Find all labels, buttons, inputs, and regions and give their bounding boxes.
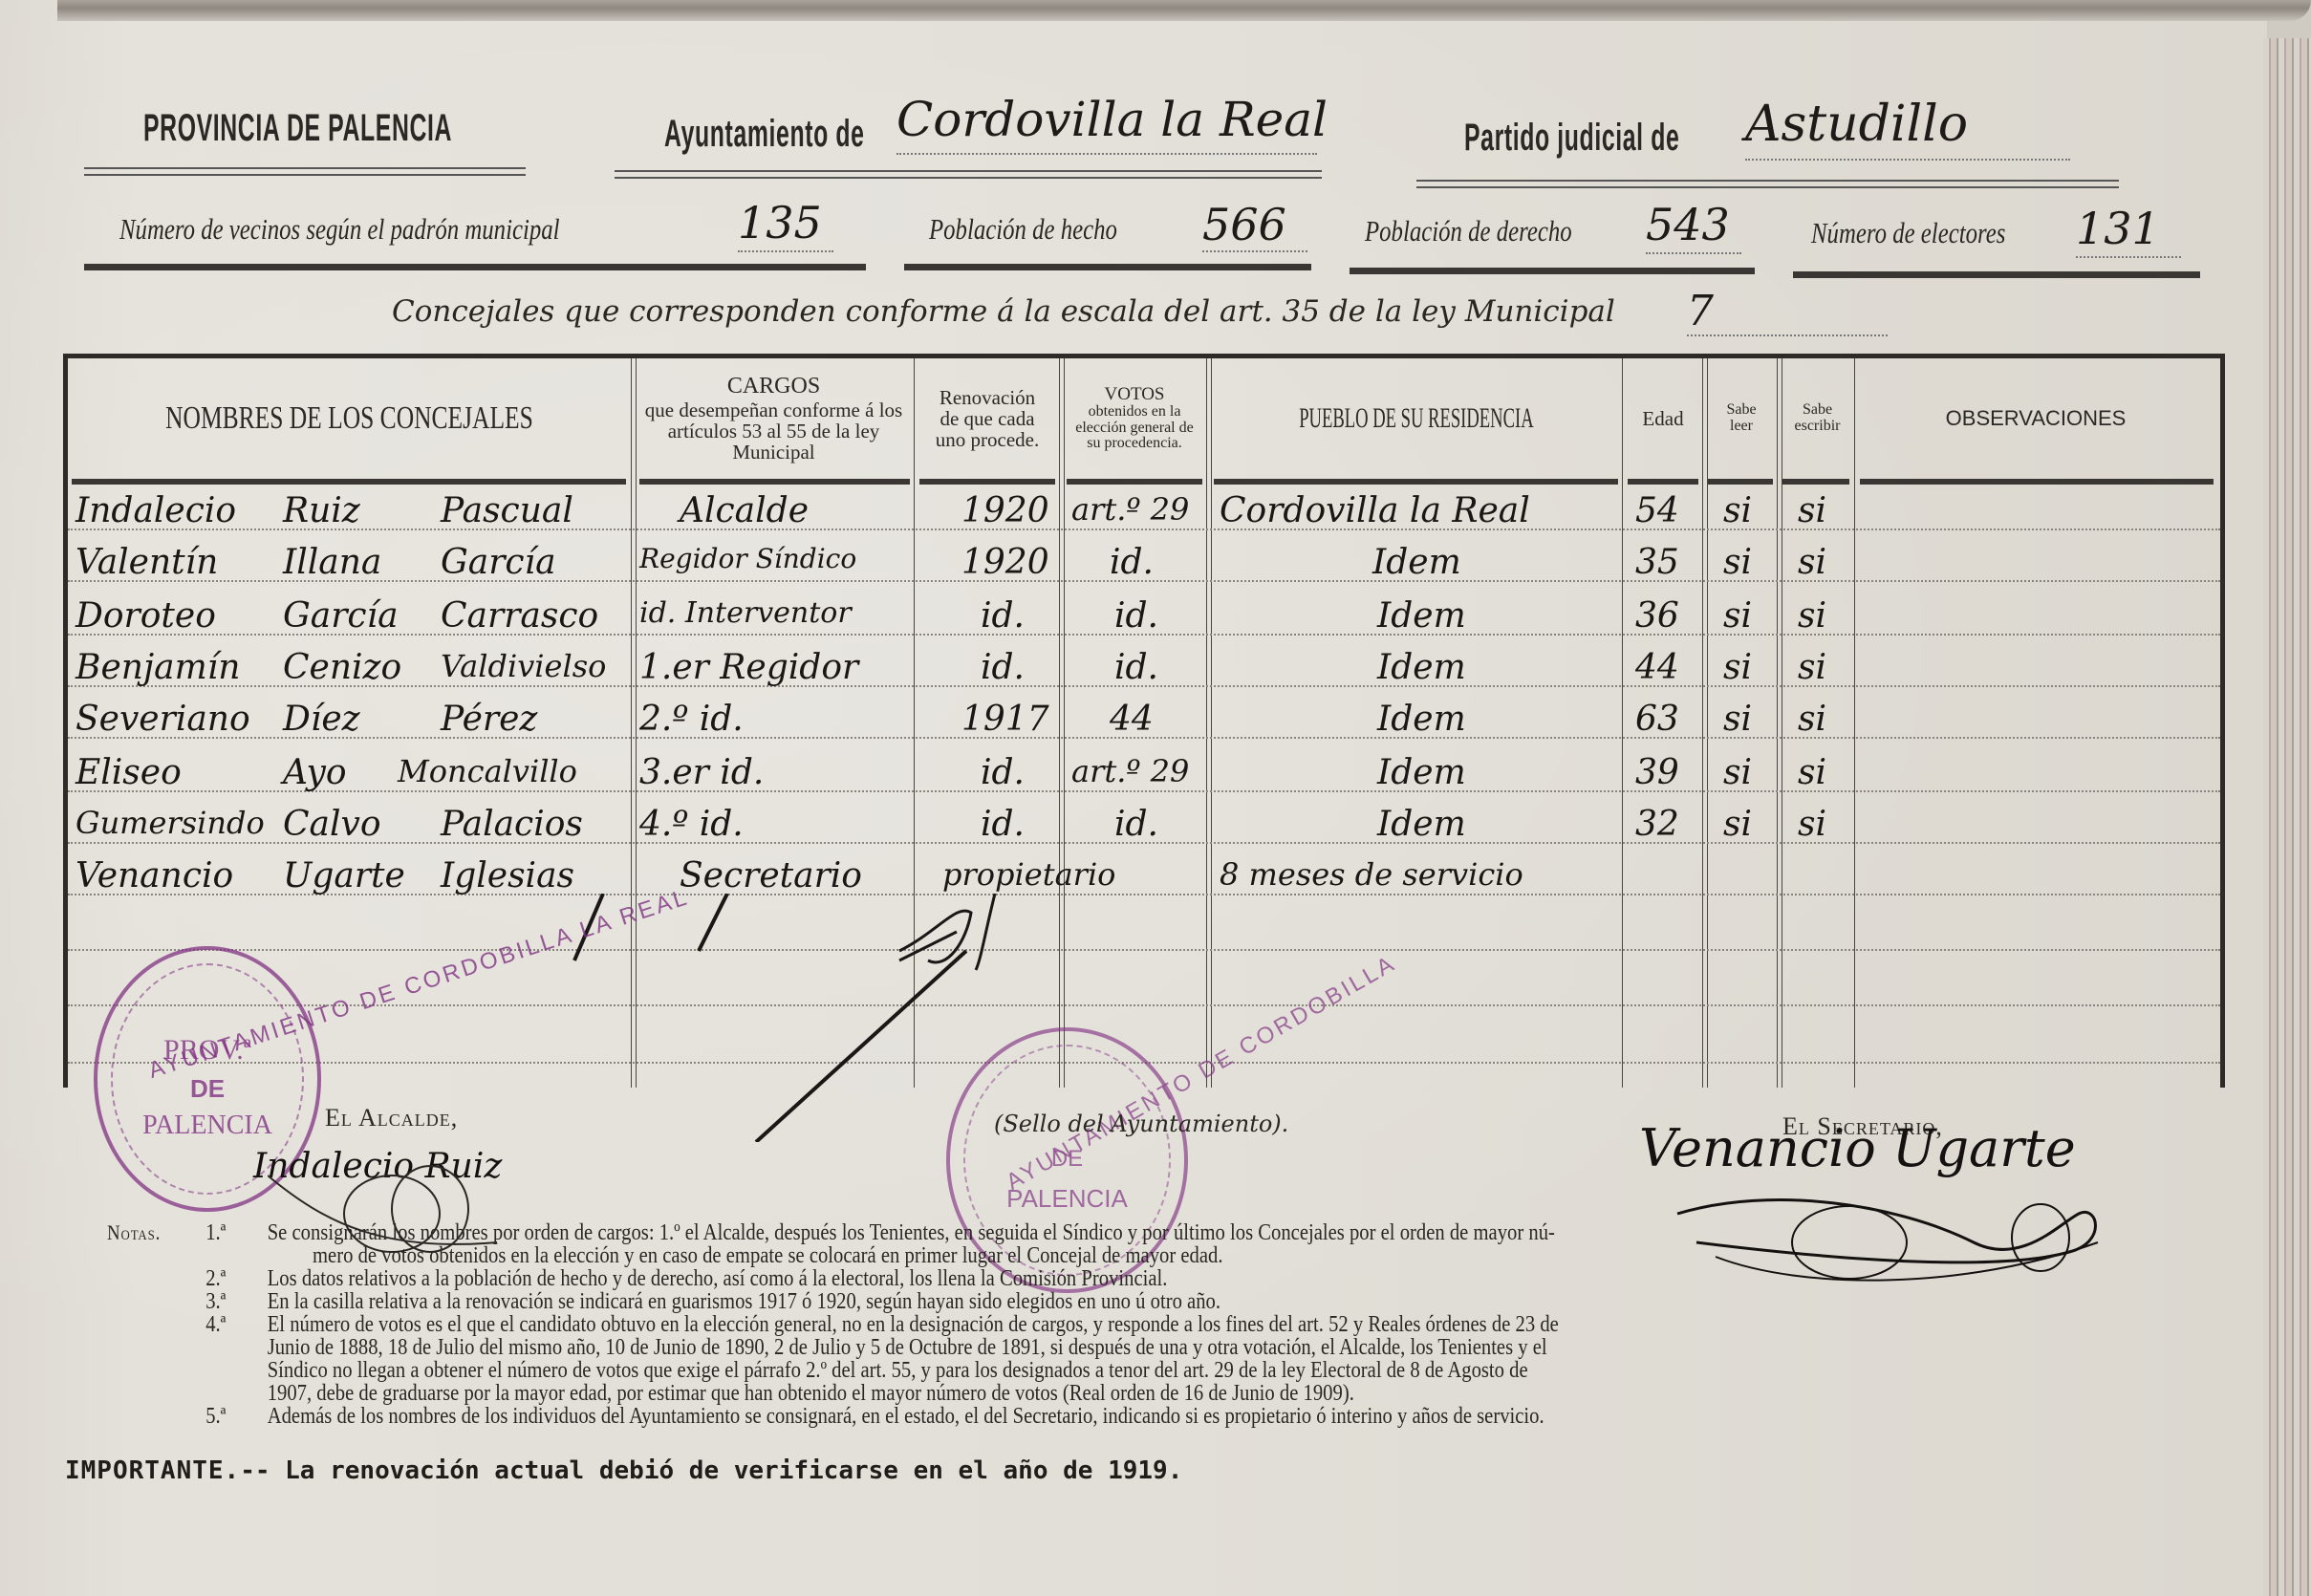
note-text: El número de votos es el que el candidat… xyxy=(268,1313,1559,1336)
derecho-value: 543 xyxy=(1646,199,1741,254)
col-divider xyxy=(1854,358,1855,1088)
cell-escribir: si xyxy=(1798,651,1826,685)
partido-value: Astudillo xyxy=(1745,96,2070,161)
cell-edad: 36 xyxy=(1635,599,1679,634)
header-observaciones: OBSERVACIONES xyxy=(1856,358,2215,479)
cell-escribir: si xyxy=(1798,494,1826,528)
note-text: mero de votos obtenidos en la elección y… xyxy=(313,1244,1223,1267)
header-rule xyxy=(1708,479,1773,485)
hecho-value: 566 xyxy=(1202,199,1307,252)
note-text: Se consignarán los nombres por orden de … xyxy=(268,1221,1555,1244)
province-label: PROVINCIA DE PALENCIA xyxy=(143,107,452,150)
note-4-cont: 1907, debe de graduarse por la mayor eda… xyxy=(107,1382,1915,1405)
stamp-center-text: DE xyxy=(97,1074,317,1104)
partido-label: Partido judicial de xyxy=(1464,117,1679,160)
derecho-label: Población de derecho xyxy=(1365,214,1572,248)
cell-cargo: id. Interventor xyxy=(639,599,852,628)
cell-nombre: Valentín xyxy=(76,546,218,580)
header-renovacion: Renovación de que cada uno procede. xyxy=(916,358,1059,479)
ayuntamiento-label: Ayuntamiento de xyxy=(664,113,865,156)
cell-nombre: Indalecio xyxy=(76,494,236,528)
cell-edad: 39 xyxy=(1635,756,1679,790)
note-text: Los datos relativos a la población de he… xyxy=(268,1267,1168,1290)
header-sabe-leer: Sabe leer xyxy=(1706,358,1777,479)
important-label: IMPORTANTE. xyxy=(65,1456,240,1485)
header-nombres: NOMBRES DE LOS CONCEJALES xyxy=(68,358,631,479)
electores-rule xyxy=(1793,271,2200,278)
stamp-center-text: PROV.ª xyxy=(97,1034,317,1067)
note-text: En la casilla relativa a la renovación s… xyxy=(268,1290,1220,1313)
cell-cargo: 4.º id. xyxy=(639,808,744,842)
concejales-value: 7 xyxy=(1687,287,1888,336)
note-number: 3.ª xyxy=(205,1290,226,1313)
cell-renovacion: propietario xyxy=(942,859,1115,890)
cell-escribir: si xyxy=(1798,808,1826,842)
header-rule xyxy=(1860,479,2214,485)
col-divider xyxy=(1702,358,1703,1088)
cell-apellido2: Pascual xyxy=(441,494,573,528)
cell-escribir: si xyxy=(1798,702,1826,737)
cell-renovacion: id. xyxy=(981,651,1025,685)
note-text: Además de los nombres de los individuos … xyxy=(268,1405,1544,1428)
cell-apellido2: Iglesias xyxy=(441,859,574,894)
cell-edad: 63 xyxy=(1635,702,1679,737)
important-notice: IMPORTANTE.-- La renovación actual debió… xyxy=(65,1456,1182,1485)
cell-apellido1: Ugarte xyxy=(283,859,405,894)
cell-pueblo: Idem xyxy=(1377,756,1466,790)
cell-leer: si xyxy=(1723,599,1752,634)
cell-votos: id. xyxy=(1110,546,1154,580)
col-divider xyxy=(1622,358,1623,1088)
cell-renovacion: id. xyxy=(981,599,1025,634)
important-text: -- La renovación actual debió de verific… xyxy=(240,1456,1182,1485)
header-rule xyxy=(1782,479,1849,485)
book-page-edges xyxy=(2263,38,2311,1596)
cell-votos: id. xyxy=(1114,808,1158,842)
cell-apellido1: Díez xyxy=(283,702,360,737)
cell-votos: art.º 29 xyxy=(1071,494,1189,525)
cell-edad: 44 xyxy=(1635,651,1679,685)
cell-apellido2: Carrasco xyxy=(441,599,598,634)
note-1: Notas. 1.ª Se consignarán los nombres po… xyxy=(107,1221,1915,1244)
cell-pueblo: Idem xyxy=(1372,546,1461,580)
concejales-table: NOMBRES DE LOS CONCEJALES CARGOS que des… xyxy=(63,354,2225,1088)
stamp-center-text: DE xyxy=(950,1146,1184,1173)
cell-pueblo: Cordovilla la Real xyxy=(1220,494,1530,528)
header-edad: Edad xyxy=(1624,358,1702,479)
cell-pueblo: 8 meses de servicio xyxy=(1220,859,1523,890)
hecho-label: Población de hecho xyxy=(929,212,1117,247)
header-rule xyxy=(72,479,626,485)
cell-cargo: Secretario xyxy=(680,859,862,894)
col-divider xyxy=(1206,358,1207,1088)
note-3: 3.ª En la casilla relativa a la renovaci… xyxy=(107,1290,1915,1313)
stamp-center-text: PALENCIA xyxy=(950,1184,1184,1214)
cell-apellido1: Ayo xyxy=(283,756,347,790)
cell-apellido2: Valdivielso xyxy=(441,651,606,681)
page-top-edge xyxy=(57,0,2311,21)
alcalde-label: El Alcalde, xyxy=(325,1104,458,1132)
header-rule xyxy=(1214,479,1618,485)
note-5: 5.ª Además de los nombres de los individ… xyxy=(107,1405,1915,1428)
cell-renovacion: 1917 xyxy=(961,702,1049,737)
cell-edad: 32 xyxy=(1635,808,1679,842)
cell-renovacion: 1920 xyxy=(961,494,1049,528)
cell-pueblo: Idem xyxy=(1377,599,1466,634)
cell-pueblo: Idem xyxy=(1377,702,1466,737)
cell-apellido2: Moncalvillo xyxy=(398,756,577,787)
electores-value: 131 xyxy=(2076,203,2181,258)
cell-leer: si xyxy=(1723,808,1752,842)
cell-cargo: Alcalde xyxy=(680,494,809,528)
note-4: 4.ª El número de votos es el que el cand… xyxy=(107,1313,1915,1336)
header-rule xyxy=(919,479,1055,485)
cell-votos: id. xyxy=(1114,651,1158,685)
cell-apellido2: Palacios xyxy=(441,808,583,842)
vecinos-label: Número de vecinos según el padrón munici… xyxy=(119,212,560,247)
cell-edad: 54 xyxy=(1635,494,1679,528)
cell-cargo: 3.er id. xyxy=(639,756,764,790)
cell-apellido2: García xyxy=(441,546,556,580)
cell-renovacion: id. xyxy=(981,756,1025,790)
cell-votos: 44 xyxy=(1110,702,1154,737)
cell-apellido1: García xyxy=(283,599,399,634)
note-text: 1907, debe de graduarse por la mayor eda… xyxy=(268,1382,1354,1405)
cell-leer: si xyxy=(1723,756,1752,790)
header-sabe-escribir: Sabe escribir xyxy=(1781,358,1854,479)
cell-pueblo: Idem xyxy=(1377,651,1466,685)
stamp-center-text: PALENCIA xyxy=(97,1111,317,1141)
derecho-rule xyxy=(1350,268,1755,274)
cell-leer: si xyxy=(1723,702,1752,737)
notes-heading: Notas. xyxy=(107,1221,161,1244)
cell-nombre: Venancio xyxy=(76,859,233,894)
col-divider xyxy=(1777,358,1778,1088)
cell-renovacion: id. xyxy=(981,808,1025,842)
header-rule xyxy=(639,479,910,485)
note-number: 4.ª xyxy=(205,1313,226,1336)
note-1-cont: mero de votos obtenidos en la elección y… xyxy=(107,1244,1915,1267)
row-line xyxy=(68,790,2220,792)
sello-label: (Sello del Ayuntamiento). xyxy=(994,1111,1288,1137)
row-line xyxy=(68,528,2220,530)
cell-nombre: Gumersindo xyxy=(76,808,265,838)
row-line xyxy=(68,949,2220,951)
province-rule xyxy=(84,167,526,176)
note-number: 2.ª xyxy=(205,1267,226,1290)
cell-escribir: si xyxy=(1798,546,1826,580)
vecinos-rule xyxy=(84,264,866,270)
cell-leer: si xyxy=(1723,651,1752,685)
cell-leer: si xyxy=(1723,494,1752,528)
cell-nombre: Benjamín xyxy=(76,651,240,685)
ayuntamiento-rule xyxy=(615,170,1322,179)
note-4-cont: Síndico no llegan a obtener el número de… xyxy=(107,1359,1915,1382)
cell-escribir: si xyxy=(1798,599,1826,634)
ayuntamiento-value: Cordovilla la Real xyxy=(896,92,1317,155)
cell-nombre: Severiano xyxy=(76,702,250,737)
note-text: Junio de 1888, 18 de Julio del mismo año… xyxy=(268,1336,1547,1359)
header-rule xyxy=(1067,479,1202,485)
cell-nombre: Eliseo xyxy=(76,756,182,790)
note-number: 5.ª xyxy=(205,1405,226,1428)
concejales-label: Concejales que corresponden conforme á l… xyxy=(392,294,1615,329)
secretario-signature: Venancio Ugarte xyxy=(1639,1118,2076,1178)
cell-apellido1: Ruiz xyxy=(283,494,360,528)
note-number: 1.ª xyxy=(205,1221,226,1244)
cell-cargo: Regidor Síndico xyxy=(639,546,856,572)
cell-nombre: Doroteo xyxy=(76,599,216,634)
cell-cargo: 2.º id. xyxy=(639,702,744,737)
electores-label: Número de electores xyxy=(1811,216,2005,250)
cell-cargo: 1.er Regidor xyxy=(639,651,858,685)
cell-apellido2: Pérez xyxy=(441,702,537,737)
cell-apellido1: Cenizo xyxy=(283,651,401,685)
cell-leer: si xyxy=(1723,546,1752,580)
header-pueblo: PUEBLO DE SU RESIDENCIA xyxy=(1210,358,1622,479)
cell-votos: id. xyxy=(1114,599,1158,634)
cell-renovacion: 1920 xyxy=(961,546,1049,580)
cell-pueblo: Idem xyxy=(1377,808,1466,842)
cell-apellido1: Illana xyxy=(283,546,381,580)
cell-votos: art.º 29 xyxy=(1071,756,1189,787)
cell-apellido1: Calvo xyxy=(283,808,381,842)
cell-escribir: si xyxy=(1798,756,1826,790)
note-2: 2.ª Los datos relativos a la población d… xyxy=(107,1267,1915,1290)
vecinos-value: 135 xyxy=(738,197,833,252)
note-4-cont: Junio de 1888, 18 de Julio del mismo año… xyxy=(107,1336,1915,1359)
notes-section: Notas. 1.ª Se consignarán los nombres po… xyxy=(107,1221,2210,1428)
cell-edad: 35 xyxy=(1635,546,1679,580)
partido-rule xyxy=(1416,180,2119,188)
hecho-rule xyxy=(904,264,1311,270)
header-votos: VOTOS obtenidos en la elección general d… xyxy=(1063,358,1206,479)
note-text: Síndico no llegan a obtener el número de… xyxy=(268,1359,1528,1382)
header-cargos: CARGOS que desempeñan conforme á los art… xyxy=(634,358,914,479)
header-rule xyxy=(1628,479,1698,485)
